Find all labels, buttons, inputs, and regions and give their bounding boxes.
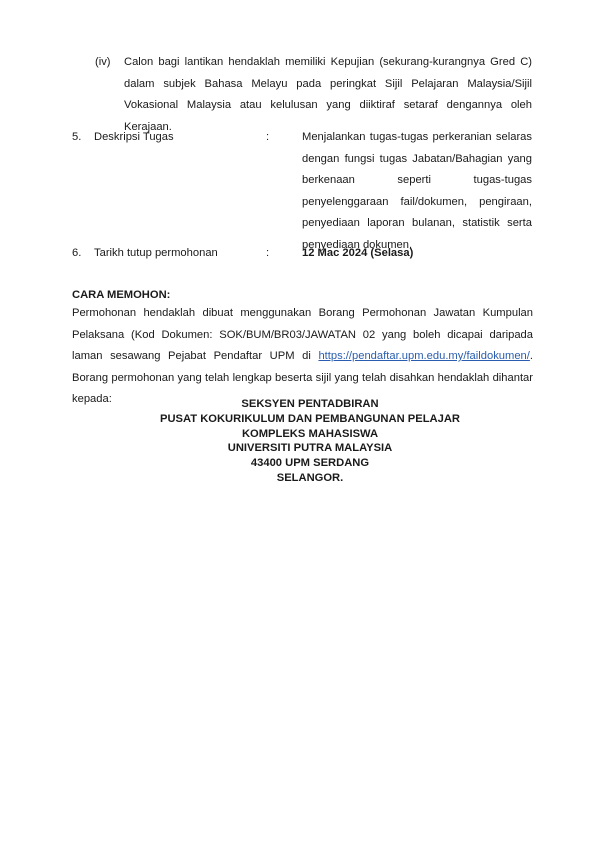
address-line: KOMPLEKS MAHASISWA	[100, 427, 520, 442]
item-colon: :	[266, 127, 269, 149]
item-label: Deskripsi Tugas	[94, 127, 174, 149]
faildokumen-link[interactable]: https://pendaftar.upm.edu.my/faildokumen…	[318, 350, 529, 362]
address-line: SEKSYEN PENTADBIRAN	[100, 397, 520, 412]
how-to-apply-paragraph: Permohonan hendaklah dibuat menggunakan …	[72, 303, 533, 411]
item-label: Tarikh tutup permohonan	[94, 243, 218, 265]
mailing-address: SEKSYEN PENTADBIRAN PUSAT KOKURIKULUM DA…	[100, 397, 520, 486]
address-line: UNIVERSITI PUTRA MALAYSIA	[100, 441, 520, 456]
address-line: SELANGOR.	[100, 471, 520, 486]
item-marker: (iv)	[95, 52, 111, 74]
closing-date-value: 12 Mac 2024 (Selasa)	[302, 243, 532, 265]
document-page: (iv) Calon bagi lantikan hendaklah memil…	[0, 0, 600, 848]
item-number: 6.	[72, 243, 81, 265]
item-value: Menjalankan tugas-tugas perkeranian sela…	[302, 127, 532, 256]
requirement-text: Calon bagi lantikan hendaklah memiliki K…	[124, 52, 532, 138]
address-line: 43400 UPM SERDANG	[100, 456, 520, 471]
address-line: PUSAT KOKURIKULUM DAN PEMBANGUNAN PELAJA…	[100, 412, 520, 427]
item-number: 5.	[72, 127, 81, 149]
item-colon: :	[266, 243, 269, 265]
